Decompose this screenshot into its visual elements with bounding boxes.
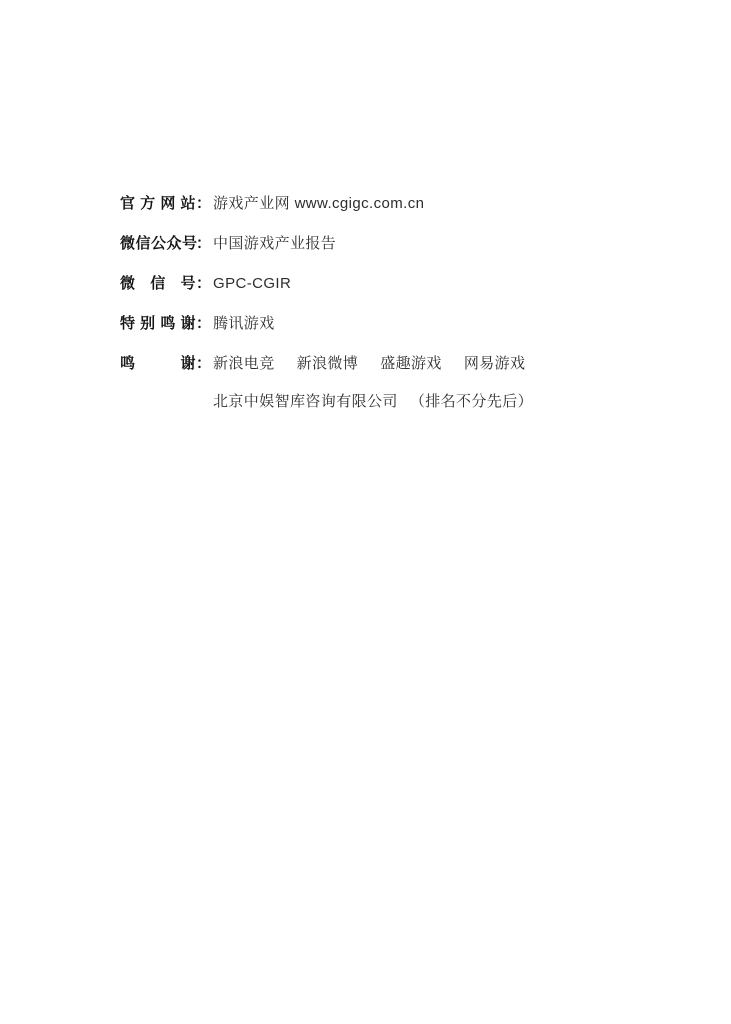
row-special-thanks: 特别鸣谢： 腾讯游戏: [120, 313, 600, 334]
value-text: 新浪电竞: [213, 353, 275, 374]
value-text: GPC-CGIR: [213, 273, 291, 294]
credits-block: 官方网站： 游戏产业网 www.cgigc.com.cn 微信公众号： 中国游戏…: [120, 193, 600, 412]
row-value-wechat-official-account: 中国游戏产业报告: [213, 233, 336, 254]
label-colon: ：: [196, 313, 212, 334]
row-thanks: 鸣谢： 新浪电竞新浪微博盛趣游戏网易游戏: [120, 353, 600, 374]
value-text: 北京中娱智库咨询有限公司: [213, 391, 398, 412]
value-text: 新浪微博: [297, 353, 359, 374]
row-value-special-thanks: 腾讯游戏: [213, 313, 275, 334]
label-colon: ：: [196, 193, 212, 214]
row-label-official-website: 官方网站：: [120, 193, 213, 214]
label-text: 微信号: [120, 273, 196, 294]
row-value-thanks: 新浪电竞新浪微博盛趣游戏网易游戏: [213, 353, 525, 374]
row-label-wechat-id: 微信号：: [120, 273, 213, 294]
row-thanks-continuation: 北京中娱智库咨询有限公司（排名不分先后）: [120, 391, 600, 412]
value-text: 腾讯游戏: [213, 313, 275, 334]
label-text: 鸣谢: [120, 353, 196, 374]
row-official-website: 官方网站： 游戏产业网 www.cgigc.com.cn: [120, 193, 600, 214]
label-colon: ：: [196, 273, 212, 294]
value-text: 盛趣游戏: [380, 353, 442, 374]
label-colon: ：: [196, 233, 212, 254]
document-page: 官方网站： 游戏产业网 www.cgigc.com.cn 微信公众号： 中国游戏…: [0, 0, 731, 1024]
row-value-wechat-id: GPC-CGIR: [213, 273, 291, 294]
value-text: 中国游戏产业报告: [213, 233, 336, 254]
row-value-thanks-continuation: 北京中娱智库咨询有限公司（排名不分先后）: [213, 391, 533, 412]
label-text: 微信公众号: [120, 233, 196, 254]
value-text: 游戏产业网 www.cgigc.com.cn: [213, 193, 424, 214]
label-colon: ：: [196, 353, 212, 374]
row-value-official-website: 游戏产业网 www.cgigc.com.cn: [213, 193, 424, 214]
label-text: 官方网站: [120, 193, 196, 214]
row-wechat-id: 微信号： GPC-CGIR: [120, 273, 600, 294]
row-label-special-thanks: 特别鸣谢：: [120, 313, 213, 334]
row-wechat-official-account: 微信公众号： 中国游戏产业报告: [120, 233, 600, 254]
value-text: （排名不分先后）: [410, 391, 533, 412]
value-text: 网易游戏: [464, 353, 526, 374]
row-label-wechat-official-account: 微信公众号：: [120, 233, 213, 254]
label-text: 特别鸣谢: [120, 313, 196, 334]
row-label-thanks: 鸣谢：: [120, 353, 213, 374]
